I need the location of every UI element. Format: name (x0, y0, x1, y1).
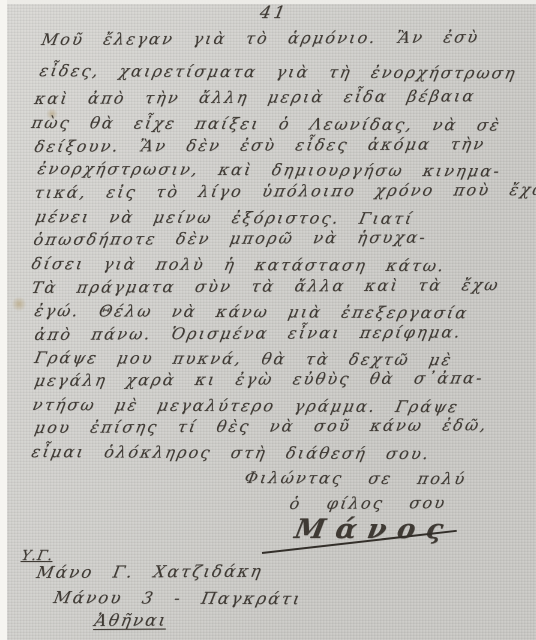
handwritten-line: μένει νὰ μείνω ἐξόριστος. Γιατί (34, 207, 416, 228)
handwritten-line: ἐνορχήστρωσιν, καὶ δημιουργήσω κινημα- (36, 159, 503, 180)
handwritten-line: Μοῦ ἔλεγαν γιὰ τὸ ἁρμόνιο. Ἂν ἐσὺ (40, 27, 481, 49)
postscript-label: Υ.Γ. (20, 548, 55, 564)
handwritten-line: δίσει γιὰ πολὺ ἡ κατάσταση κάτω. (30, 254, 447, 275)
postscript-address-line-3: Ἀθῆναι (93, 611, 169, 630)
handwritten-line: εἶδες, χαιρετίσματα γιὰ τὴ ἐνορχήστρωση (38, 61, 519, 82)
handwritten-line: Τὰ πράγματα σὺν τὰ ἄλλα καὶ τὰ ἔχω (30, 275, 502, 297)
handwritten-line: ὁπωσδήποτε δὲν μπορῶ νὰ ἡσυχα- (32, 228, 429, 249)
postscript-address-line-1: Μάνο Γ. Χατζιδάκη (35, 562, 265, 582)
handwritten-line: Γράψε μου πυκνά, θὰ τὰ δεχτῶ μὲ (33, 348, 455, 369)
scan-edge-left (0, 0, 7, 640)
handwritten-line: ἐγώ. Θέλω νὰ κάνω μιὰ ἐπεξεργασία (33, 301, 470, 322)
handwritten-line: μου ἐπίσης τί θὲς νὰ σοῦ κάνω ἐδῶ, (33, 415, 490, 437)
page-number: 41 (258, 3, 290, 23)
handwritten-line: ἀπὸ πάνω. Ὁρισμένα εἶναι περίφημα. (33, 322, 464, 344)
handwritten-line: μεγάλη χαρὰ κι ἐγὼ εὐθὺς θὰ σ᾽ἀπα- (33, 368, 486, 390)
handwritten-line: εἶμαι ὁλόκληρος στὴ διάθεσή σου. (30, 442, 432, 463)
handwritten-line: ντήσω μὲ μεγαλύτερο γράμμα. Γράψε (31, 395, 461, 416)
handwritten-line: πὼς θὰ εἶχε παίξει ὁ Λεωνίδας, νὰ σὲ (30, 113, 503, 134)
closing-salutation: Φιλώντας σε πολύ (243, 468, 468, 488)
handwritten-line: τικά, εἰς τὸ λίγο ὑπόλοιπο χρόνο ποὺ ἔχω (33, 180, 536, 202)
closing-signoff: ὁ φίλος σου (288, 493, 448, 513)
handwritten-line: δείξουν. Ἂν δὲν ἐσὺ εἶδες ἀκόμα τὴν (33, 134, 487, 156)
handwritten-line: καὶ ἀπὸ τὴν ἄλλη μεριὰ εἶδα βέβαια (33, 86, 478, 108)
postscript-address-line-2: Μάνου 3 - Παγκράτι (52, 588, 304, 608)
